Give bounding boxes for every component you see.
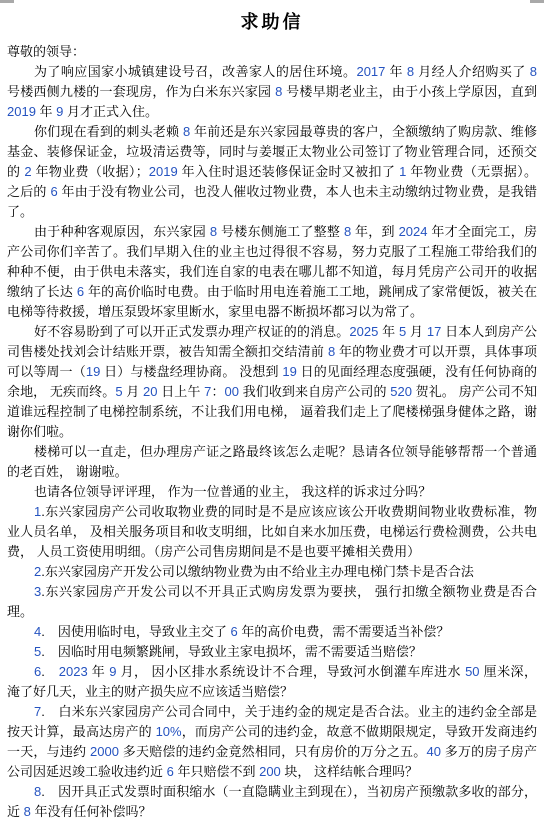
text-line: 费， 人员工资使用明细。（房产公司售房期间是不是也要平摊相关费用） [7,542,537,562]
text-line: 余地， 无疾而终。5 月 20 日上午 7：00 我们收到来自房产公司的 520… [7,382,537,402]
text-line: 2.东兴家园房产开发公司以缴纳物业费为由不给业主办理电梯门禁卡是否合法 [7,562,537,582]
text-line: 楼梯可以一直走，但办理房产证之路最终该怎么走呢？恳请各位领导能够帮帮一个普通 [7,442,537,462]
text-line: 7. 白米东兴家园房产公司合同中，关于违约金的规定是否合法。业主的违约金全部是 [7,702,537,722]
number-text: 6 [167,764,174,779]
text-line: 1.东兴家园房产公司收取物业费的同时是不是应该应该公开收费期间物业收费标准，物 [7,502,537,522]
text-line: 的老百姓， 谢谢啦。 [7,462,537,482]
text-line: 司售楼处找刘会计结账开票，被告知需全额扣交结清前 8 年的物业费才可以开票，具体… [7,342,537,362]
number-text: 20 [143,384,157,399]
number-text: 8 [183,124,190,139]
number-text: 5 [34,644,41,659]
text-line: 道谁远程控制了电梯控制系统，不让我们用电梯， 逼着我们走上了爬楼梯强身健体之路，… [7,402,537,422]
text-line: 一天，与违约 2000 多天赔偿的违约金竟然相同，只有房价的万分之五。40 多万… [7,742,537,762]
text-line: 产公司你们辛苦了。我们早期入住的业主也过得很不容易，努力克服了工程施工带给我们的 [7,242,537,262]
text-line: 基金、装修保证金，垃圾清运费等，同时与姜堰正太物业公司签订了物业管理合同，还预交 [7,142,537,162]
number-text: 8 [24,804,31,819]
number-text: 19 [282,364,296,379]
text-line: 尊敬的领导： [7,42,537,62]
text-line: 近 8 年没有任何补偿吗？ [7,802,537,822]
text-line: 可以等周一（19 日）与楼盘经理协商。 没想到 19 日的见面经理态度强硬，没有… [7,362,537,382]
text-line: 3.东兴家园房产开发公司以不开具正式购房发票为要挟， 强行扣缴全额物业费是否合 [7,582,537,602]
window-edge-artifact-left [0,0,14,3]
number-text: 520 [390,384,412,399]
number-text: 2023 [59,664,88,679]
number-text: 19 [86,364,100,379]
text-line: 8. 因开具正式发票时面积缩水（一直隐瞒业主到现在），当初房产预缴款多收的部分， [7,782,537,802]
number-text: 2 [34,564,41,579]
number-text: 40 [426,744,440,759]
text-line: 缴纳了长达 6 年的高价临时电费。由于临时用电连着施工工地，跳闸成了家常便饭，被… [7,282,537,302]
number-text: 50 [465,664,479,679]
window-edge-artifact-right [530,0,544,3]
text-line: 号楼西侧九楼的一套现房，作为白米东兴家园 8 号楼早期老业主，由于小孩上学原因，… [7,82,537,102]
text-line: 谢你们啦。 [7,422,537,442]
text-line: 好不容易盼到了可以开正式发票办理产权证的的消息。2025 年 5 月 17 日本… [7,322,537,342]
number-text: 9 [56,104,63,119]
text-line: 之后的 6 年由于没有物业公司，也没人催收过物业费，本人也未主动缴纳过物业费，是… [7,182,537,202]
number-text: 6 [77,284,84,299]
number-text: 2019 [149,164,178,179]
text-line: 业人员名单， 及相关服务项目和收支明细，比如自来水加压费，电梯运行费检测费，公共… [7,522,537,542]
number-text: 2019 [7,104,36,119]
text-line: 4. 因使用临时电，导致业主交了 6 年的高价电费，需不需要适当补偿？ [7,622,537,642]
document-title: 求助信 [0,0,544,33]
number-text: 8 [275,84,282,99]
number-text: 2025 [349,324,378,339]
document-body: 尊敬的领导：为了响应国家小城镇建设号召，改善家人的居住环境。2017 年 8 月… [7,42,537,822]
number-text: 2024 [399,224,428,239]
number-text: 8 [328,344,335,359]
text-line: 5. 因临时用电频繁跳闸，导致业主家电损坏，需不需要适当赔偿？ [7,642,537,662]
number-text: 8 [34,784,41,799]
number-text: 1 [34,504,41,519]
number-text: 00 [225,384,239,399]
number-text: 8 [344,224,351,239]
text-line: 6. 2023 年 9 月， 因小区排水系统设计不合理，导致河水倒灌车库进水 5… [7,662,537,682]
number-text: 200 [259,764,281,779]
text-line: 的 2 年物业费（收据）；2019 年入住时退还装修保证金时又被扣了 1 年物业… [7,162,537,182]
number-text: 3 [34,584,41,599]
number-text: 5 [399,324,406,339]
text-line: 种种不便，由于供电未落实，我们连自家的电表在哪儿都不知道，每月凭房产公司开的收据 [7,262,537,282]
text-line: 公司因延迟竣工验收违约近 6 年只赔偿不到 200 块， 这样结帐合理吗？ [7,762,537,782]
text-line: 也请各位领导评评理， 作为一位普通的业主， 我这样的诉求过分吗？ [7,482,537,502]
number-text: 2000 [90,744,119,759]
text-line: 你们现在看到的刺头老赖 8 年前还是东兴家园最尊贵的客户，全额缴纳了购房款、维修 [7,122,537,142]
text-line: 为了响应国家小城镇建设号召，改善家人的居住环境。2017 年 8 月经人介绍购买… [7,62,537,82]
number-text: 5 [115,384,122,399]
number-text: 6 [230,624,237,639]
number-text: 4 [34,624,41,639]
number-text: 7 [34,704,41,719]
text-line: 2019 年 9 月才正式入住。 [7,102,537,122]
number-text: 1 [399,164,406,179]
number-text: 6 [50,184,57,199]
text-line: 电梯等待救援，增压泵毁坏家里断水，家里电器不断损坏都习以为常了。 [7,302,537,322]
number-text: 8 [407,64,414,79]
number-text: 17 [427,324,441,339]
number-text: 6 [34,664,41,679]
number-text: 9 [109,664,116,679]
number-text: 2017 [356,64,385,79]
number-text: 7 [204,384,211,399]
number-text: 8 [210,224,217,239]
text-line: 由于种种客观原因，东兴家园 8 号楼东侧施工了整整 8 年，到 2024 年才全… [7,222,537,242]
text-line: 按天计算，最高达房产的 10%，而房产公司的违约金，故意不做期限规定，导致开发商… [7,722,537,742]
number-text: 2 [24,164,31,179]
number-text: 10% [156,724,182,739]
text-line: 淹了好几天，业主的财产损失应不应该适当赔偿？ [7,682,537,702]
text-line: 理。 [7,602,537,622]
text-line: 了。 [7,202,537,222]
number-text: 8 [530,64,537,79]
document-page: 求助信 尊敬的领导：为了响应国家小城镇建设号召，改善家人的居住环境。2017 年… [0,0,544,825]
